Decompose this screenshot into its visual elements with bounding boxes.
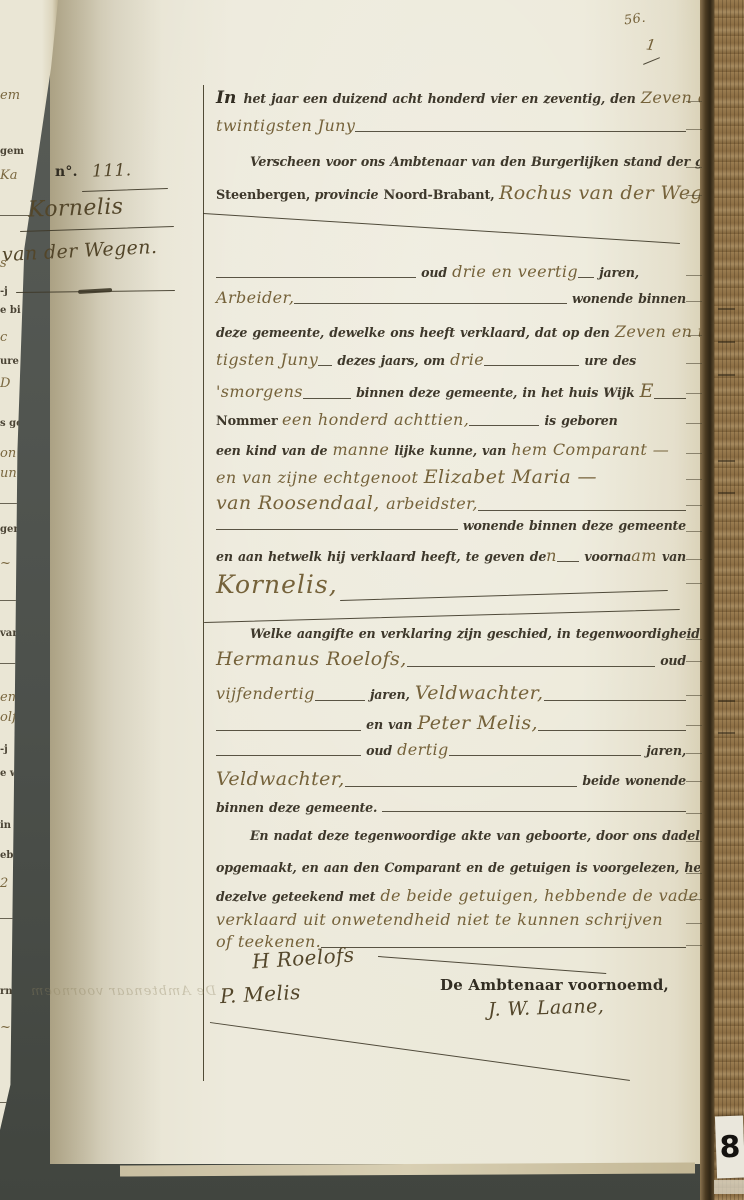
blank-line [407, 664, 655, 667]
printed-text: dezelve geteekend met [216, 889, 380, 904]
ruled-line-stub [686, 945, 702, 946]
ruled-line-stub [686, 195, 702, 196]
handwritten-text: twintigsten Juny [216, 116, 355, 135]
scan-background: { "document": { "corner": {"folio": "56.… [0, 0, 744, 1200]
handwritten-text: Kornelis, [216, 570, 338, 599]
printed-text: provincie [315, 187, 384, 202]
form-line: Nommer een honderd achttien, is geboren [216, 410, 686, 429]
blank-line [557, 559, 579, 562]
form-line: binnen deze gemeente. [216, 800, 686, 815]
handwritten-text: am [631, 546, 657, 565]
printed-text: dezes jaars, om [332, 353, 450, 368]
form-line: Verscheen voor ons Ambtenaar van den Bur… [216, 154, 686, 169]
edge-rule-fragment [0, 918, 46, 919]
blank-line [216, 753, 361, 756]
handwritten-text: Peter Melis, [417, 712, 538, 734]
ruled-line-stub [686, 275, 702, 276]
ruled-line-stub [686, 639, 702, 640]
edge-text-fragment: Ka [0, 168, 17, 183]
binding-rule-mark [718, 492, 735, 494]
handwritten-text: manne [332, 440, 389, 459]
form-line: van Roosendaal, arbeidster, [216, 492, 686, 514]
form-line: deze gemeente, dewelke ons heeft verklaa… [216, 322, 686, 341]
ruled-line-stub [686, 505, 702, 506]
form-line: In het jaar een duizend acht honderd vie… [216, 88, 686, 108]
form-line: twintigsten Juny [216, 116, 686, 135]
binding-rule-mark [718, 374, 735, 376]
edge-rule-fragment [0, 663, 46, 664]
form-line: Kornelis, [216, 570, 686, 599]
printed-text: lijke kunne, van [389, 443, 511, 458]
edge-text-fragment: c [0, 330, 7, 345]
edge-text-fragment: un [0, 466, 17, 481]
handwritten-text: dertig [397, 740, 449, 759]
printed-text: voorna [579, 549, 631, 564]
act-no-value: 111. [92, 160, 132, 181]
blank-line [216, 275, 416, 278]
edge-text-fragment: -j [0, 744, 8, 755]
handwritten-text: de beide getuigen, hebbende de vader [380, 886, 706, 905]
book-fore-edge [714, 0, 744, 1200]
printed-text: opgemaakt, en aan den Comparant en de ge… [216, 860, 744, 875]
blank-line [449, 753, 641, 756]
ruled-line-stub [686, 923, 702, 924]
binding-rule-mark [718, 341, 735, 343]
ruled-line-stub [686, 695, 702, 696]
printed-text: jaren, [641, 743, 686, 758]
handwritten-text: E [640, 380, 654, 402]
officiant-signature: J. W. Laane, [488, 995, 605, 1021]
ruled-line-stub [686, 781, 702, 782]
blank-line [654, 396, 686, 399]
printed-text: In [216, 88, 236, 108]
form-line: 'smorgens binnen deze gemeente, in het h… [216, 380, 686, 402]
ruled-line-stub [686, 725, 702, 726]
form-line: dezelve geteekend met de beide getuigen,… [216, 886, 686, 905]
folio-number: 56. [623, 11, 647, 29]
archive-label: 8 [715, 1116, 744, 1179]
binding-rule-mark [718, 460, 735, 462]
ruled-line-stub [686, 129, 702, 130]
printed-text: En nadat deze tegenwoordige akte van geb… [250, 828, 744, 843]
printed-text: Steenbergen, [216, 188, 315, 203]
handwritten-text: vijfendertig [216, 684, 315, 703]
binding-rule-mark [718, 700, 735, 702]
ruled-line-stub [686, 101, 702, 102]
edge-text-fragment: gem [0, 146, 24, 157]
ruled-line-stub [686, 363, 702, 364]
edge-rule-fragment [0, 1102, 46, 1103]
blank-line [484, 363, 579, 366]
ruled-line-stub [686, 335, 702, 336]
printed-text: ure des [579, 353, 636, 368]
blank-line [469, 423, 539, 426]
handwritten-text: tigsten Juny [216, 350, 318, 369]
blank-line [478, 508, 686, 511]
form-line: oud drie en veertig jaren, [216, 262, 686, 281]
edge-text-fragment: gem [0, 524, 24, 535]
printed-text: binnen deze gemeente, in het huis Wijk [351, 385, 640, 400]
printed-text: oud [416, 265, 452, 280]
ruled-line-stub [686, 479, 702, 480]
handwritten-text: arbeidster, [386, 494, 478, 513]
printed-text: oud [655, 653, 686, 668]
handwritten-text: Veldwachter, [415, 682, 544, 704]
binding-rule-mark [718, 308, 735, 310]
act-no-label: n°. [55, 164, 78, 180]
printed-text: deze gemeente, dewelke ons heeft verklaa… [216, 325, 615, 340]
edge-text-fragment: olf [0, 710, 17, 725]
printed-text: oud [361, 743, 397, 758]
blank-line [318, 363, 332, 366]
printed-text: een kind van de [216, 443, 332, 458]
form-line: En nadat deze tegenwoordige akte van geb… [216, 828, 686, 843]
form-line: Hermanus Roelofs, oud [216, 648, 686, 670]
ruled-line-stub [686, 423, 702, 424]
handwritten-text: Elizabet Maria — [424, 466, 597, 488]
ruled-line-stub [686, 841, 702, 842]
binding-gutter [700, 0, 714, 1200]
edge-text-fragment: e bi [0, 305, 21, 316]
handwritten-text: 'smorgens [216, 382, 303, 401]
ruled-line-stub [686, 753, 702, 754]
blank-line [382, 809, 686, 812]
blank-line [294, 301, 566, 304]
printed-text: wonende binnen [567, 291, 686, 306]
blank-line [578, 275, 594, 278]
ruled-line-stub [686, 899, 702, 900]
edge-text-fragment: D [0, 376, 10, 391]
form-line: Veldwachter, beide wonende [216, 768, 686, 790]
archive-label-lower [714, 1180, 744, 1194]
form-line: en van Peter Melis, [216, 712, 686, 734]
printed-text: wonende binnen deze gemeente [458, 518, 686, 533]
page-bottom-edge [120, 1162, 695, 1176]
handwritten-text: van Roosendaal, [216, 492, 386, 514]
form-line: tigsten Juny dezes jaars, om drie ure de… [216, 350, 686, 369]
handwritten-text: Veldwachter, [216, 768, 345, 790]
handwritten-text: n [546, 546, 557, 565]
edge-text-fragment: on [0, 446, 16, 461]
form-line: Welke aangifte en verklaring zijn geschi… [216, 626, 686, 641]
handwritten-text: een honderd achttien, [282, 410, 469, 429]
edge-text-fragment: rnoe [0, 986, 26, 997]
edge-text-fragment: ebble [0, 850, 31, 861]
printed-text: is geboren [539, 413, 617, 428]
printed-text: Welke aangifte en verklaring zijn geschi… [250, 626, 734, 641]
printed-text: en van [361, 717, 417, 732]
form-line: opgemaakt, en aan den Comparant en de ge… [216, 860, 686, 875]
blank-line [345, 784, 578, 787]
printed-text: beide wonende [577, 773, 686, 788]
ruled-line-stub [686, 559, 702, 560]
witness-signature-2: P. Melis [219, 980, 301, 1008]
edge-rule-fragment [0, 503, 46, 504]
edge-text-fragment: van [0, 628, 20, 639]
handwritten-text: en van zijne echtgenoot [216, 468, 424, 487]
edge-text-fragment: e wo [0, 768, 25, 779]
printed-text: jaren, [594, 265, 639, 280]
form-line: vijfendertig jaren, Veldwachter, [216, 682, 686, 704]
binding-rule-mark [718, 732, 735, 734]
blank-line [216, 728, 361, 731]
form-line: wonende binnen deze gemeente [216, 518, 686, 533]
ruled-line-stub [686, 167, 702, 168]
ink-bleedthrough: De Ambtenaar voornoem [30, 984, 216, 999]
printed-text: binnen deze gemeente. [216, 800, 382, 815]
handwritten-text: verklaard uit onwetendheid niet te kunne… [216, 910, 663, 929]
blank-line [303, 396, 351, 399]
blank-line [355, 129, 686, 132]
handwritten-text: Arbeider, [216, 288, 294, 307]
printed-text: Noord-Brabant, [384, 188, 499, 203]
edge-text-fragment: s ge [0, 418, 22, 429]
ruled-line-stub [686, 453, 702, 454]
ruled-line-stub [686, 813, 702, 814]
ruled-line-stub [686, 583, 702, 584]
handwritten-text: hem Comparant — [511, 440, 669, 459]
ruled-line-stub [686, 393, 702, 394]
blank-line [216, 527, 458, 530]
edge-rule-fragment [0, 600, 46, 601]
printed-text: van [657, 549, 686, 564]
ruled-line-stub [686, 301, 702, 302]
form-line: verklaard uit onwetendheid niet te kunne… [216, 910, 686, 929]
edge-text-fragment: em [0, 88, 20, 103]
margin-rule-line [203, 85, 204, 1081]
blank-line [321, 945, 686, 948]
edge-text-fragment: ~ [0, 556, 11, 571]
printed-text: Verscheen voor ons Ambtenaar van den Bur… [250, 154, 744, 169]
edge-text-fragment: -j [0, 286, 8, 297]
printed-text: Nommer [216, 414, 282, 429]
ruled-line-stub [686, 873, 702, 874]
handwritten-text: drie en veertig [452, 262, 578, 281]
printed-text: het jaar een duizend acht honderd vier e… [238, 91, 641, 106]
edge-text-fragment: in d [0, 820, 22, 831]
form-line: oud dertig jaren, [216, 740, 686, 759]
ruled-line-stub [686, 661, 702, 662]
archive-label-number: 8 [719, 1129, 741, 1165]
edge-text-fragment: ure [0, 356, 19, 367]
printed-text: en aan hetwelk hij verklaard heeft, te g… [216, 549, 546, 564]
form-line: en aan hetwelk hij verklaard heeft, te g… [216, 546, 686, 565]
blank-line [538, 728, 686, 731]
handwritten-text: drie [450, 350, 484, 369]
blank-line [315, 698, 365, 701]
form-line: Arbeider, wonende binnen [216, 288, 686, 307]
form-line: en van zijne echtgenoot Elizabet Maria — [216, 466, 686, 488]
edge-text-fragment: em [0, 690, 20, 705]
handwritten-text: Hermanus Roelofs, [216, 648, 407, 670]
ruled-line-stub [686, 531, 702, 532]
blank-line [544, 698, 687, 701]
edge-text-fragment: ~ [0, 1020, 11, 1035]
margin-child-name: Kornelis [28, 194, 124, 222]
handwritten-text: Rochus van der Wegen, [499, 182, 734, 204]
officiant-label: De Ambtenaar voornoemd, [440, 976, 669, 994]
form-line: Steenbergen, provincie Noord-Brabant, Ro… [216, 182, 686, 204]
edge-text-fragment: 2 [0, 876, 8, 891]
printed-text: jaren, [365, 687, 415, 702]
form-line: een kind van de manne lijke kunne, van h… [216, 440, 686, 459]
